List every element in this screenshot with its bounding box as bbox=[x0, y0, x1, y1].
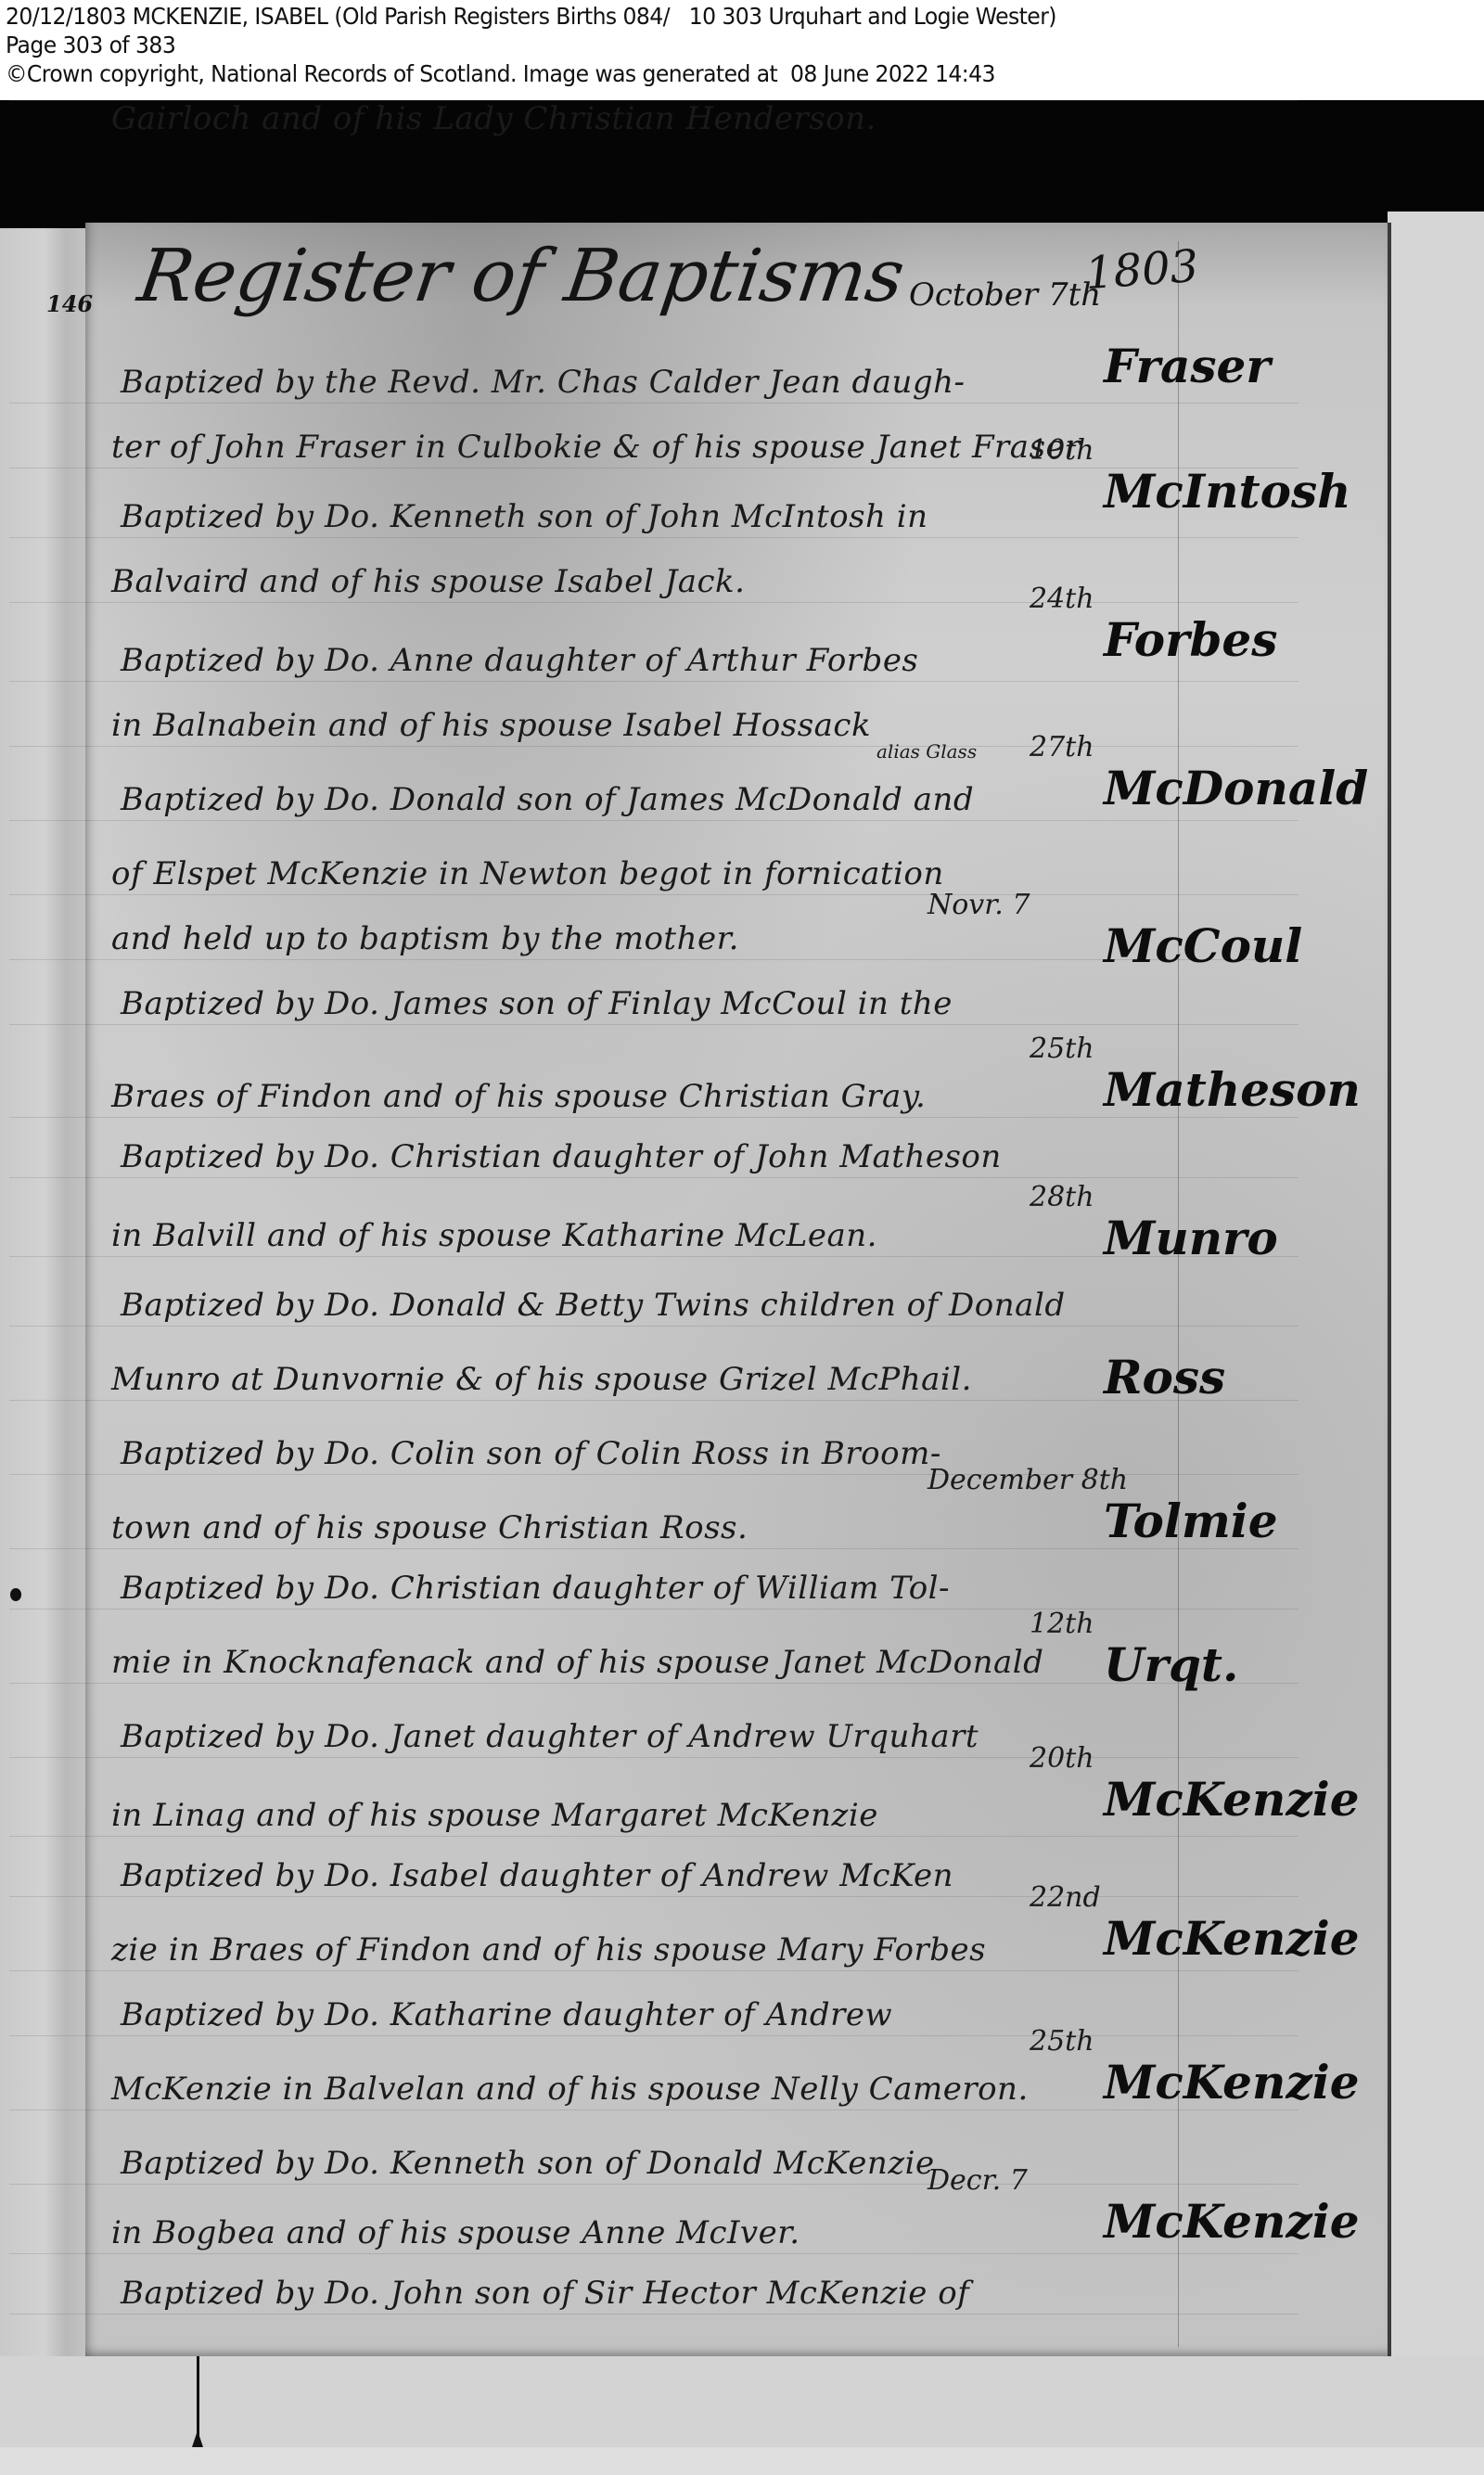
entry-text-line: Baptized by Do. Kenneth son of Donald Mc… bbox=[121, 2145, 935, 2182]
margin-surname: Fraser bbox=[1104, 339, 1271, 393]
binding-gutter-left bbox=[0, 228, 88, 2447]
ruled-line bbox=[9, 1896, 1298, 1897]
entry-text-line: town and of his spouse Christian Ross. bbox=[111, 1509, 748, 1546]
ruled-line bbox=[9, 2110, 1298, 2110]
entry-text-line: and held up to baptism by the mother. bbox=[111, 920, 739, 957]
entry-date: 25th bbox=[1030, 1032, 1094, 1065]
margin-surname: McDonald bbox=[1104, 761, 1368, 815]
register-title: Register of Baptisms bbox=[134, 235, 910, 318]
entry-text-line: Baptized by Do. Christian daughter of Wi… bbox=[121, 1570, 950, 1607]
margin-surname: McKenzie bbox=[1104, 2194, 1360, 2249]
entry-text-line: Baptized by Do. James son of Finlay McCo… bbox=[121, 985, 953, 1022]
entry-text-line: Baptized by the Revd. Mr. Chas Calder Je… bbox=[121, 364, 966, 401]
ruled-line bbox=[9, 894, 1298, 895]
entry-text-line: Baptized by Do. Donald son of James McDo… bbox=[121, 781, 974, 818]
title-date: October 7th bbox=[909, 276, 1101, 314]
entry-text-line: in Linag and of his spouse Margaret McKe… bbox=[111, 1797, 878, 1834]
margin-surname: McKenzie bbox=[1104, 1911, 1360, 1966]
entry-date: Novr. 7 bbox=[927, 889, 1030, 921]
folio-number: 146 bbox=[46, 290, 93, 317]
interlinear-note: alias Glass bbox=[876, 740, 977, 763]
ink-blot-mark bbox=[10, 1588, 21, 1601]
entry-date: 25th bbox=[1030, 2025, 1094, 2058]
margin-surname: Tolmie bbox=[1104, 1494, 1278, 1548]
margin-surname: Urqt. bbox=[1104, 1637, 1238, 1692]
ruled-line bbox=[9, 1024, 1298, 1025]
ruled-line bbox=[9, 1326, 1298, 1327]
ruled-line bbox=[9, 1177, 1298, 1178]
binding-thread-tip bbox=[192, 2430, 203, 2447]
register-scan-image: 146 Register of Baptisms October 7th 180… bbox=[0, 100, 1484, 2447]
ruled-line bbox=[9, 1548, 1298, 1549]
record-title: 20/12/1803 MCKENZIE, ISABEL (Old Parish … bbox=[6, 2, 1395, 31]
entry-date: 27th bbox=[1030, 731, 1094, 763]
entry-date: December 8th bbox=[927, 1464, 1128, 1496]
image-metadata-header: 20/12/1803 MCKENZIE, ISABEL (Old Parish … bbox=[0, 0, 1484, 100]
margin-surname: McIntosh bbox=[1104, 464, 1350, 519]
ruled-line bbox=[9, 1970, 1298, 1971]
entry-text-line: Baptized by Do. Anne daughter of Arthur … bbox=[121, 642, 918, 679]
adjacent-page-edge bbox=[1388, 212, 1484, 2447]
entry-date: 22nd bbox=[1030, 1881, 1101, 1914]
entry-text-line: Munro at Dunvornie & of his spouse Grize… bbox=[111, 1361, 972, 1398]
page-counter: Page 303 of 383 bbox=[6, 31, 1395, 59]
ruled-line bbox=[9, 2253, 1298, 2254]
margin-surname: McKenzie bbox=[1104, 1772, 1360, 1827]
entry-date: 12th bbox=[1030, 1608, 1094, 1640]
ruled-line bbox=[9, 1836, 1298, 1837]
entry-text-line: Baptized by Do. Isabel daughter of Andre… bbox=[121, 1857, 953, 1894]
entry-text-line: zie in Braes of Findon and of his spouse… bbox=[111, 1931, 986, 1968]
entry-text-line: Baptized by Do. Colin son of Colin Ross … bbox=[121, 1435, 941, 1472]
entry-text-line: Baptized by Do. Kenneth son of John McIn… bbox=[121, 498, 928, 535]
entry-date: Decr. 7 bbox=[927, 2164, 1028, 2197]
entry-text-line: Balvaird and of his spouse Isabel Jack. bbox=[111, 563, 745, 600]
entry-text-line: of Elspet McKenzie in Newton begot in fo… bbox=[111, 855, 944, 892]
entry-text-line: in Balnabein and of his spouse Isabel Ho… bbox=[111, 707, 871, 744]
margin-surname: McCoul bbox=[1104, 918, 1302, 973]
entry-date: 20th bbox=[1030, 1742, 1094, 1775]
entry-text-line: ter of John Fraser in Culbokie & of his … bbox=[111, 429, 1081, 466]
margin-surname: Ross bbox=[1104, 1350, 1225, 1404]
ruled-line bbox=[9, 681, 1298, 682]
entry-text-line: mie in Knocknafenack and of his spouse J… bbox=[111, 1644, 1043, 1681]
entry-text-line: Baptized by Do. Donald & Betty Twins chi… bbox=[121, 1287, 1066, 1324]
margin-surname: Matheson bbox=[1104, 1062, 1361, 1117]
entry-text-line: Braes of Findon and of his spouse Christ… bbox=[111, 1078, 926, 1115]
entry-text-line: in Balvill and of his spouse Katharine M… bbox=[111, 1217, 877, 1254]
entry-date: 10th bbox=[1030, 434, 1094, 467]
below-page-area bbox=[0, 2356, 1484, 2447]
margin-surname: Munro bbox=[1104, 1211, 1278, 1265]
register-year: 1803 bbox=[1083, 240, 1200, 300]
ruled-line bbox=[9, 537, 1298, 538]
ruled-line bbox=[9, 2035, 1298, 2036]
margin-surname: Forbes bbox=[1104, 612, 1277, 667]
ruled-line bbox=[9, 403, 1298, 404]
copyright-notice: ©Crown copyright, National Records of Sc… bbox=[6, 59, 1395, 88]
margin-surname: McKenzie bbox=[1104, 2055, 1360, 2110]
entry-text-line: Baptized by Do. Janet daughter of Andrew… bbox=[121, 1718, 979, 1755]
ruled-line bbox=[9, 820, 1298, 821]
entry-date: 24th bbox=[1030, 583, 1094, 615]
ruled-line bbox=[9, 2184, 1298, 2185]
entry-date: 28th bbox=[1030, 1181, 1094, 1213]
ruled-line bbox=[9, 1609, 1298, 1609]
entry-text-line: Baptized by Do. Christian daughter of Jo… bbox=[121, 1138, 1002, 1175]
viewer-footer-band bbox=[0, 2447, 1484, 2475]
ruled-line bbox=[9, 602, 1298, 603]
ruled-line bbox=[9, 1757, 1298, 1758]
ruled-line bbox=[9, 2314, 1298, 2315]
ruled-line bbox=[9, 1117, 1298, 1118]
surname-column-rule bbox=[1178, 241, 1179, 2347]
entry-text-line: McKenzie in Balvelan and of his spouse N… bbox=[111, 2071, 1029, 2108]
entry-text-line: Baptized by Do. Katharine daughter of An… bbox=[121, 1996, 892, 2033]
entry-text-line: Baptized by Do. John son of Sir Hector M… bbox=[121, 2275, 969, 2312]
entry-text-line: Gairloch and of his Lady Christian Hende… bbox=[111, 100, 876, 137]
ruled-line bbox=[9, 746, 1298, 747]
entry-text-line: in Bogbea and of his spouse Anne McIver. bbox=[111, 2214, 800, 2251]
